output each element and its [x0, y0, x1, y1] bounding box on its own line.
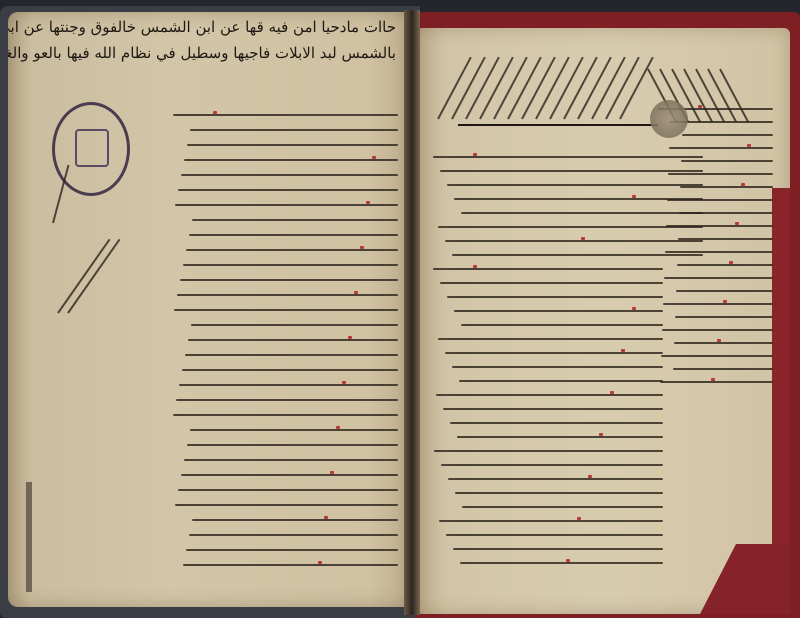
script-line	[438, 226, 703, 228]
script-line	[178, 189, 398, 191]
script-line	[191, 324, 398, 326]
script-line	[433, 156, 703, 158]
script-line	[175, 204, 398, 206]
script-line	[450, 422, 663, 424]
script-line	[673, 368, 773, 370]
rubric-mark	[348, 336, 352, 339]
photo-background: حاات مادحيا امن فيه قها عن ابن الشمس خال…	[0, 0, 800, 618]
script-line	[176, 399, 398, 401]
script-line	[457, 436, 663, 438]
script-line	[177, 294, 398, 296]
rubric-mark	[366, 201, 370, 204]
seal-icon	[650, 100, 688, 138]
script-line	[173, 414, 398, 416]
script-line	[665, 251, 773, 253]
rubric-mark	[372, 156, 376, 159]
script-line	[460, 562, 663, 564]
script-line	[443, 408, 663, 410]
script-line	[189, 234, 398, 236]
script-line	[187, 144, 398, 146]
script-line	[461, 324, 663, 326]
rubric-mark	[741, 183, 745, 186]
script-line	[660, 381, 773, 383]
script-line	[190, 129, 398, 131]
rubric-mark	[330, 471, 334, 474]
script-line	[178, 489, 398, 491]
script-line	[180, 279, 398, 281]
manuscript-page-right	[418, 28, 790, 614]
script-line	[668, 173, 773, 175]
script-line	[189, 534, 398, 536]
script-line	[183, 264, 398, 266]
script-line	[179, 384, 398, 386]
rubric-mark	[711, 378, 715, 381]
rubric-mark	[632, 195, 636, 198]
script-line	[669, 147, 773, 149]
rubric-mark	[354, 291, 358, 294]
script-line	[445, 352, 663, 354]
rubric-mark	[318, 561, 322, 564]
script-line	[186, 549, 398, 551]
script-line	[447, 296, 663, 298]
rubric-mark	[747, 144, 751, 147]
rubric-mark	[610, 391, 614, 394]
script-line	[677, 264, 773, 266]
script-line	[445, 240, 703, 242]
heading-rule	[458, 124, 658, 126]
script-line	[680, 186, 773, 188]
rubric-mark	[717, 339, 721, 342]
script-line	[462, 506, 663, 508]
rubric-mark	[342, 381, 346, 384]
rubric-mark	[581, 237, 585, 240]
script-line	[676, 290, 773, 292]
rubric-mark	[473, 265, 477, 268]
script-line	[679, 212, 773, 214]
rubric-mark	[632, 307, 636, 310]
marginal-note	[57, 239, 110, 314]
script-line	[681, 160, 773, 162]
script-line	[678, 238, 773, 240]
script-line	[674, 342, 773, 344]
script-line	[433, 268, 663, 270]
script-line	[440, 170, 703, 172]
script-line	[174, 309, 398, 311]
script-line	[454, 198, 703, 200]
rubric-mark	[588, 475, 592, 478]
script-line	[181, 474, 398, 476]
rubric-mark	[336, 426, 340, 429]
script-line	[181, 174, 398, 176]
script-line	[455, 492, 663, 494]
script-line	[188, 339, 398, 341]
rubric-mark	[723, 300, 727, 303]
marginal-note	[619, 57, 654, 120]
script-line	[192, 519, 398, 521]
script-line	[453, 548, 663, 550]
rubric-mark	[324, 516, 328, 519]
rubric-mark	[473, 153, 477, 156]
script-line	[454, 310, 663, 312]
rubric-mark	[729, 261, 733, 264]
page-stain	[26, 482, 32, 592]
script-line	[434, 450, 663, 452]
header-line-2: بالشمس لبد الابلات فاجيها وسطيل في نظام …	[8, 44, 396, 62]
script-line	[459, 380, 663, 382]
script-line	[192, 219, 398, 221]
script-line	[187, 444, 398, 446]
script-line	[662, 329, 773, 331]
script-line	[441, 464, 663, 466]
script-line	[452, 254, 703, 256]
script-line	[452, 366, 663, 368]
script-line	[436, 394, 663, 396]
rubric-mark	[621, 349, 625, 352]
binding-corner	[700, 544, 790, 614]
script-line	[175, 504, 398, 506]
script-line	[675, 316, 773, 318]
script-line	[439, 520, 663, 522]
script-line	[446, 534, 663, 536]
header-line-1: حاات مادحيا امن فيه قها عن ابن الشمس خال…	[8, 18, 396, 36]
script-line	[666, 225, 773, 227]
script-line	[447, 184, 703, 186]
rubric-mark	[566, 559, 570, 562]
rubric-mark	[360, 246, 364, 249]
script-line	[461, 212, 703, 214]
script-line	[185, 354, 398, 356]
rubric-mark	[213, 111, 217, 114]
script-line	[663, 303, 773, 305]
script-line	[190, 429, 398, 431]
script-line	[184, 459, 398, 461]
script-line	[661, 355, 773, 357]
rubric-mark	[577, 517, 581, 520]
rubric-mark	[599, 433, 603, 436]
script-line	[186, 249, 398, 251]
script-line	[440, 282, 663, 284]
rubric-mark	[735, 222, 739, 225]
script-line	[448, 478, 663, 480]
marginal-note	[67, 239, 120, 314]
script-line	[664, 277, 773, 279]
script-line	[184, 159, 398, 161]
book-gutter	[404, 10, 420, 615]
script-line	[182, 369, 398, 371]
script-line	[682, 134, 773, 136]
manuscript-page-left: حاات مادحيا امن فيه قها عن ابن الشمس خال…	[8, 12, 410, 607]
script-line	[667, 199, 773, 201]
script-line	[438, 338, 663, 340]
script-line	[173, 114, 398, 116]
script-line	[183, 564, 398, 566]
